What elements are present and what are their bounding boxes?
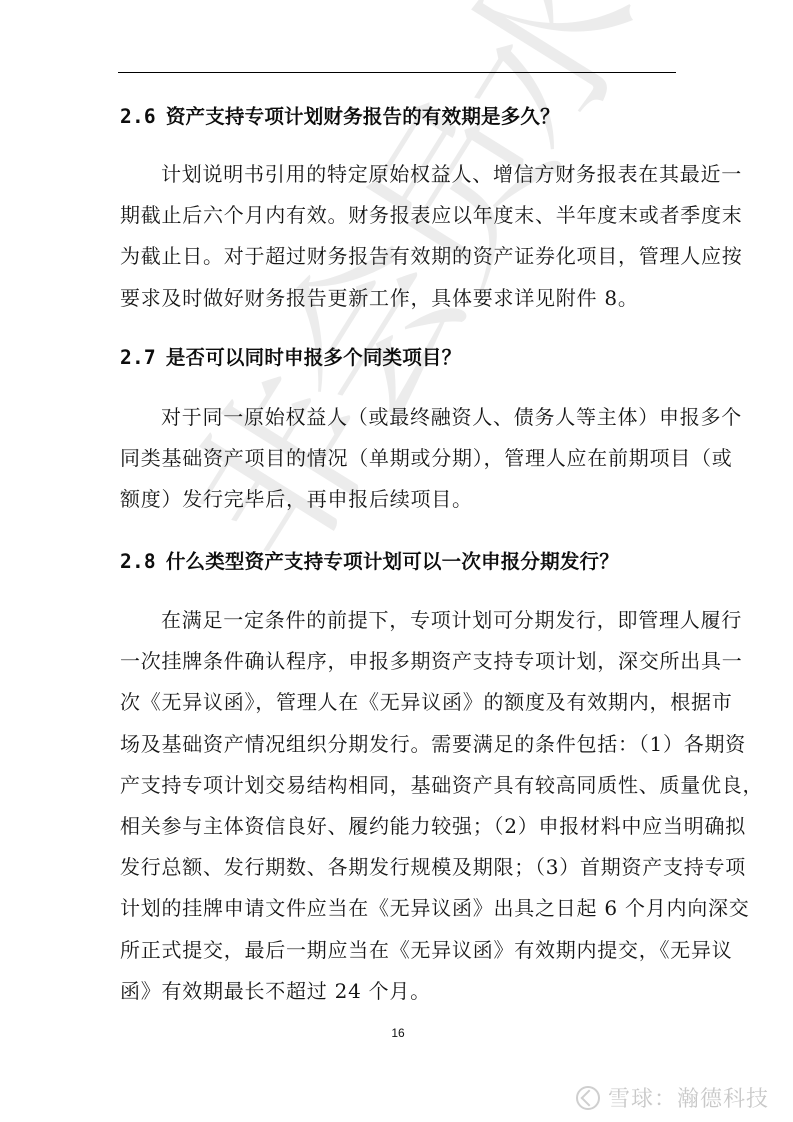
paragraph-line: 同类基础资产项目的情况（单期或分期），管理人应在前期项目（或 [120,445,676,486]
paragraph-line: 发行总额、发行期数、各期发行规模及期限；（3）首期资产支持专项 [120,854,676,895]
section-2-8-paragraph: 在满足一定条件的前提下，专项计划可分期发行，即管理人履行 一次挂牌条件确认程序，… [120,607,676,1019]
section-number: 2.6 [120,105,156,128]
xueqiu-logo-icon [576,1086,600,1110]
paragraph-line: 次《无异议函》，管理人在《无异议函》的额度及有效期内，根据市 [120,689,676,730]
section-title: 资产支持专项计划财务报告的有效期是多久？ [166,105,560,128]
paragraph-line: 期截止后六个月内有效。财务报表应以年度末、半年度末或者季度末 [120,202,676,243]
section-title: 什么类型资产支持专项计划可以一次申报分期发行？ [166,550,619,573]
page-number: 16 [383,1026,413,1040]
section-2-7-paragraph: 对于同一原始权益人（或最终融资人、债务人等主体）申报多个 同类基础资产项目的情况… [120,404,676,528]
paragraph-line: 在满足一定条件的前提下，专项计划可分期发行，即管理人履行 [120,607,676,648]
footer-brand-watermark: 雪球：瀚德科技 [576,1082,769,1113]
document-page: 非会员水印 2.6资产支持专项计划财务报告的有效期是多久？ 计划说明书引用的特定… [0,0,793,1122]
section-number: 2.8 [120,550,156,573]
section-2-6-paragraph: 计划说明书引用的特定原始权益人、增信方财务报表在其最近一 期截止后六个月内有效。… [120,161,676,326]
section-title: 是否可以同时申报多个同类项目？ [166,346,462,369]
section-number: 2.7 [120,346,156,369]
section-heading-2-8: 2.8什么类型资产支持专项计划可以一次申报分期发行？ [120,549,680,575]
paragraph-line: 所正式提交，最后一期应当在《无异议函》有效期内提交，《无异议 [120,937,676,978]
paragraph-line: 要求及时做好财务报告更新工作，具体要求详见附件 8。 [120,285,676,326]
paragraph-line: 产支持专项计划交易结构相同，基础资产具有较高同质性、质量优良， [120,772,676,813]
paragraph-line: 对于同一原始权益人（或最终融资人、债务人等主体）申报多个 [120,404,676,445]
paragraph-line: 额度）发行完毕后，再申报后续项目。 [120,486,676,527]
paragraph-line: 场及基础资产情况组织分期发行。需要满足的条件包括：（1）各期资 [120,731,676,772]
footer-brand-text: 雪球：瀚德科技 [608,1082,769,1113]
section-heading-2-6: 2.6资产支持专项计划财务报告的有效期是多久？ [120,104,680,130]
paragraph-line: 函》有效期最长不超过 24 个月。 [120,978,676,1019]
paragraph-line: 计划的挂牌申请文件应当在《无异议函》出具之日起 6 个月内向深交 [120,895,676,936]
paragraph-line: 一次挂牌条件确认程序，申报多期资产支持专项计划，深交所出具一 [120,648,676,689]
header-rule [118,72,676,73]
paragraph-line: 计划说明书引用的特定原始权益人、增信方财务报表在其最近一 [120,161,676,202]
paragraph-line: 为截止日。对于超过财务报告有效期的资产证券化项目，管理人应按 [120,243,676,284]
paragraph-line: 相关参与主体资信良好、履约能力较强；（2）申报材料中应当明确拟 [120,813,676,854]
section-heading-2-7: 2.7是否可以同时申报多个同类项目？ [120,345,680,371]
